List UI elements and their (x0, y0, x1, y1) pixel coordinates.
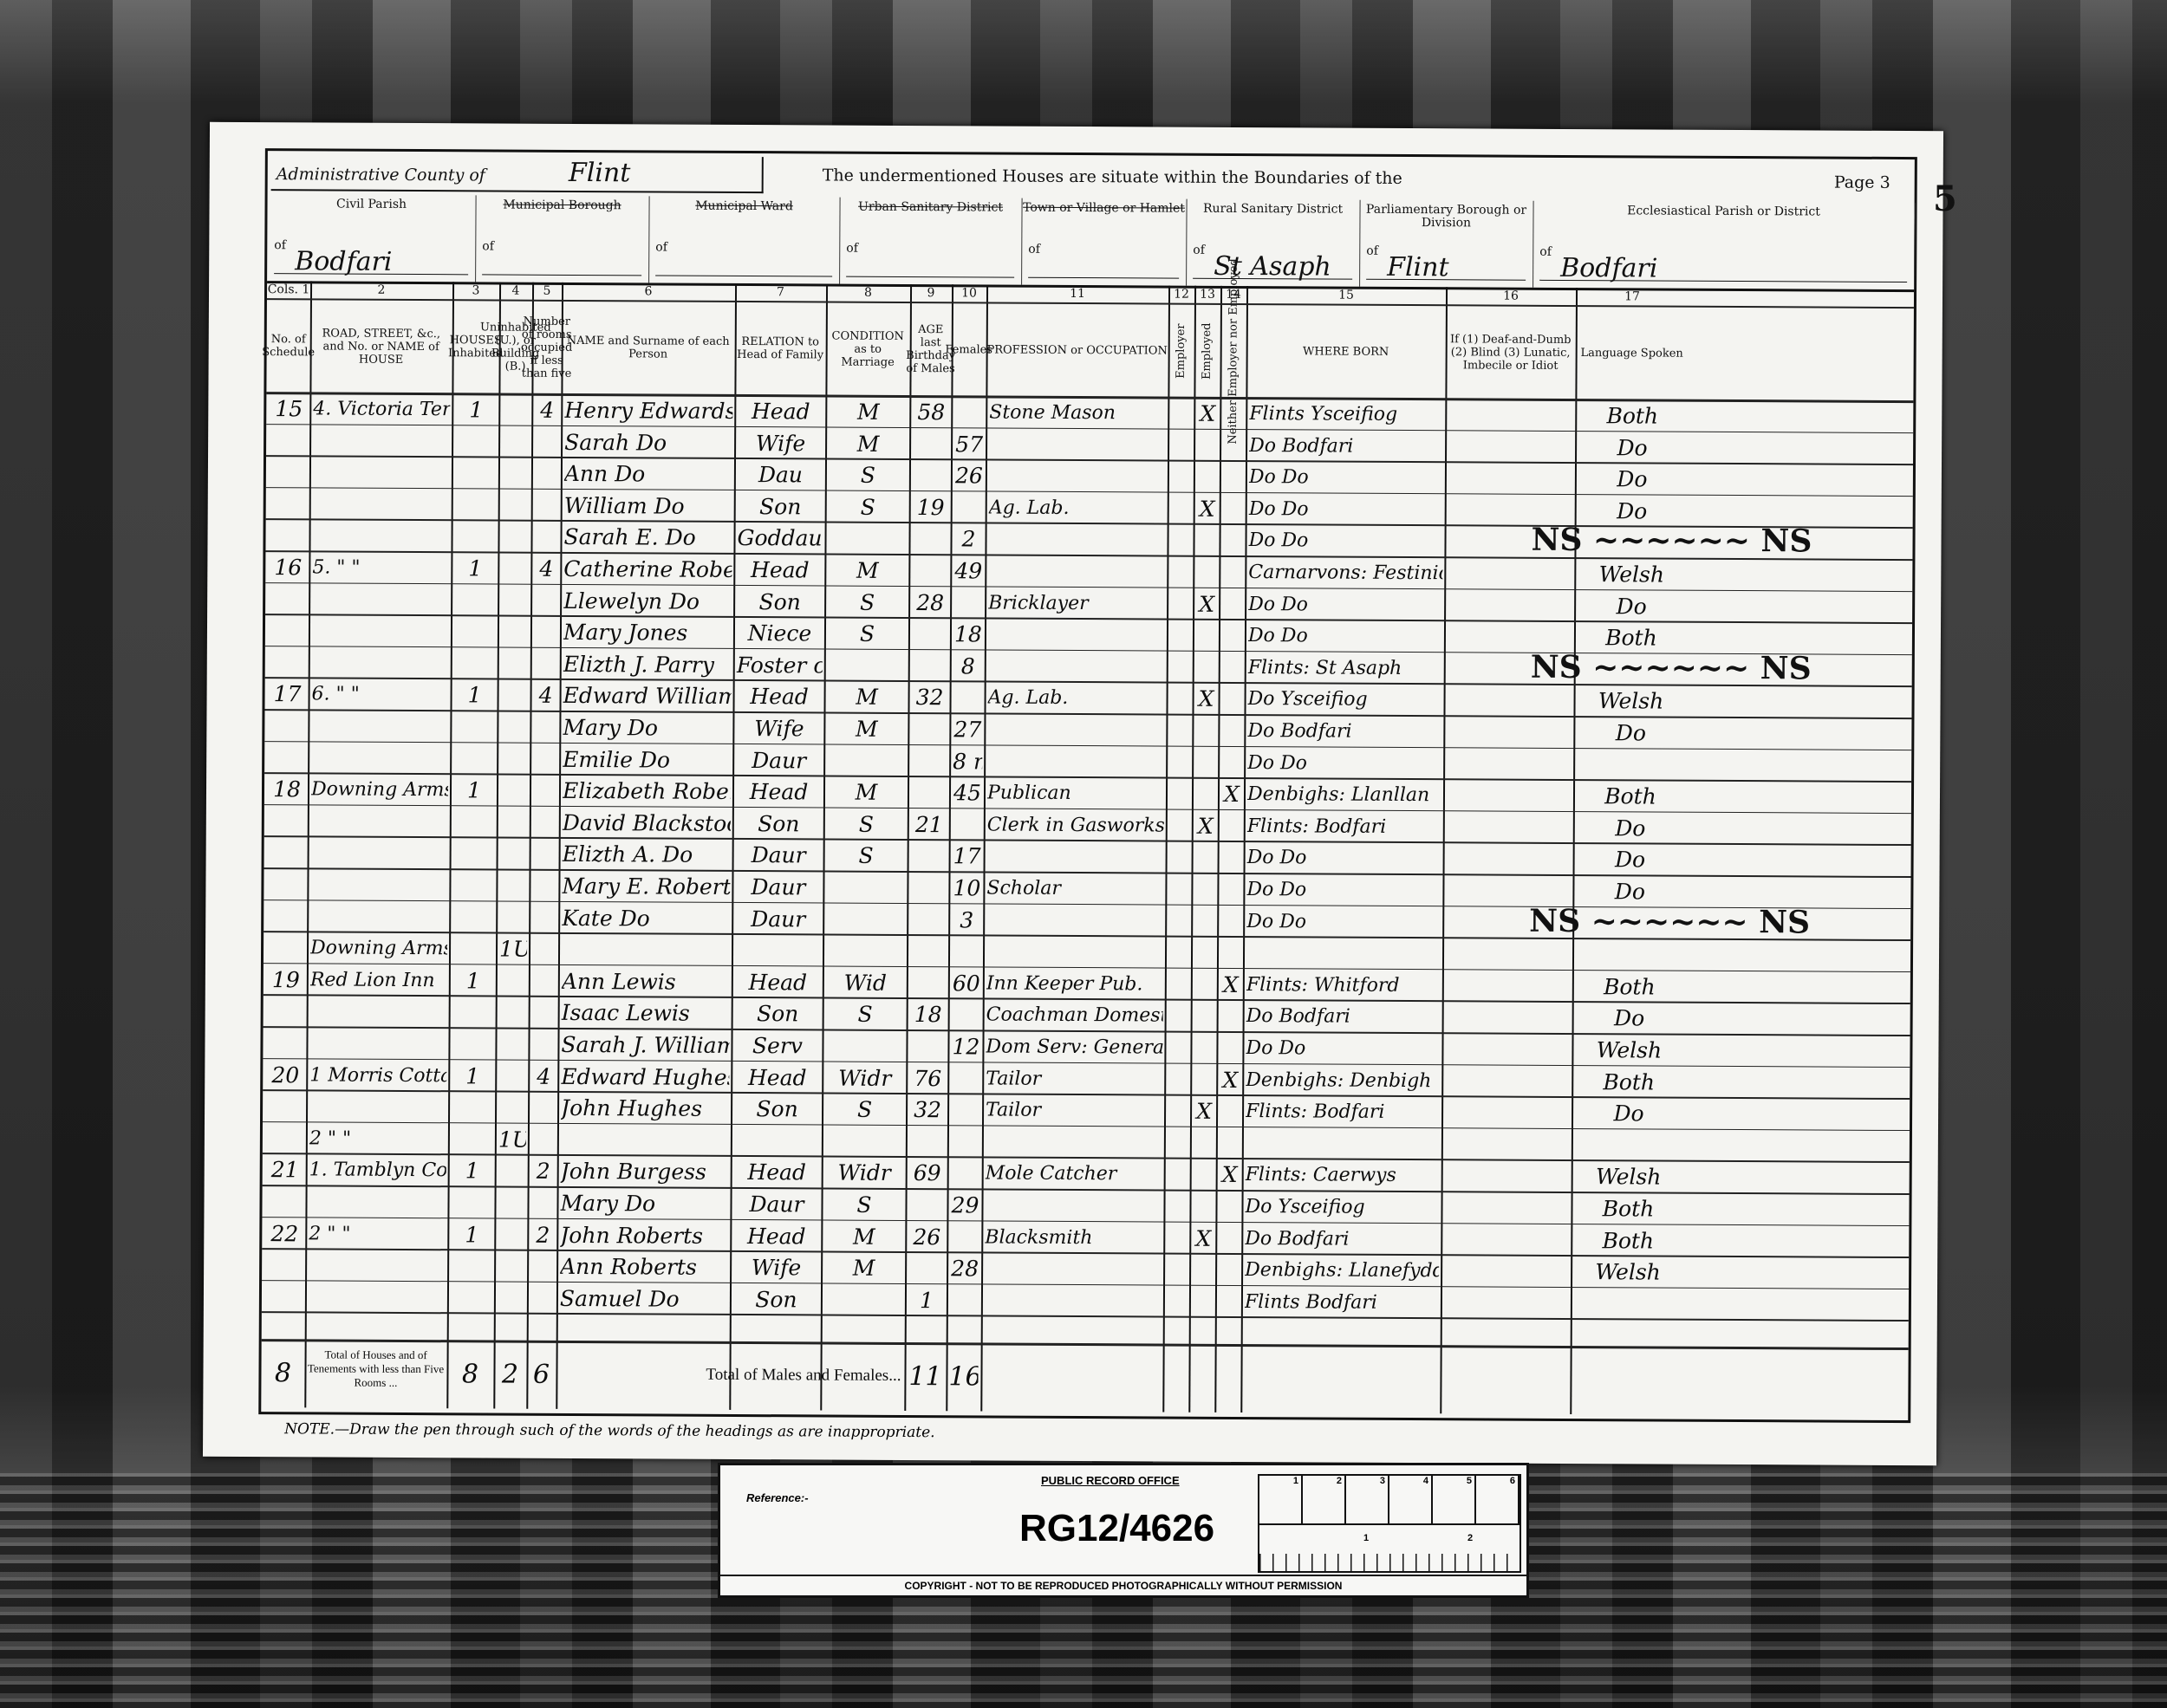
cell-addr: 5. " " (312, 553, 449, 583)
cell-born: Do Bodfari (1247, 717, 1441, 747)
cell-rel: Daur (736, 841, 822, 871)
cell-name: Sarah Do (564, 428, 732, 458)
cell-lang: Do (1578, 433, 1686, 464)
cell-rel: Son (734, 1094, 820, 1125)
cell-occ: Inn Keeper Pub. (986, 969, 1163, 999)
cell-inh: 1 (455, 395, 497, 425)
ns-annotation: NS ~~~~~~ NS (1531, 649, 1812, 687)
cell-cond: S (827, 809, 906, 839)
total-1: Total of Houses and of Tenements with le… (307, 1348, 444, 1391)
cell-rel: Head (734, 1158, 820, 1188)
cell-rel: Wife (738, 429, 823, 459)
cell-m: 76 (909, 1064, 946, 1094)
cell-ed: X (1193, 1224, 1214, 1253)
cell-m: 28 (912, 588, 948, 618)
cell-born: Do Ysceifiog (1247, 685, 1441, 715)
cell-cond: M (828, 556, 907, 586)
cell-name: Edward Williams (563, 681, 731, 711)
column-header: Language Spoken (1575, 305, 1689, 401)
cell-rel: Daur (733, 1190, 819, 1220)
cell-cond: S (828, 620, 907, 649)
cell-name: Sarah E. Do (563, 523, 732, 553)
cell-cond: Wid (826, 968, 905, 997)
public-record-office-label: PUBLIC RECORD OFFICE (1041, 1474, 1180, 1487)
cell-born: Flints Bodfari (1245, 1288, 1439, 1318)
column-number: 10 (952, 284, 986, 302)
cell-f: 27 (953, 715, 982, 744)
ruler-mark: 6 (1476, 1476, 1520, 1523)
cell-f: 45 (953, 778, 982, 808)
cell-cond: M (827, 683, 906, 712)
column-number: 13 (1194, 286, 1220, 303)
column-header: Employer (1168, 303, 1194, 399)
column-number: 9 (910, 284, 952, 302)
cell-rel: Head (737, 555, 823, 586)
area-label: Civil Parish (268, 198, 476, 211)
cell-rel: Son (733, 1285, 819, 1315)
cell-addr: Downing Arms Yard (310, 934, 447, 964)
cell-born: Do Bodfari (1245, 1224, 1439, 1255)
cell-name: William Do (564, 491, 732, 522)
column-header: ROAD, STREET, &c., and No. or NAME of HO… (309, 298, 452, 394)
cell-m: 26 (908, 1223, 945, 1252)
column-header-text: Employer (1175, 323, 1188, 378)
cell-lang: Do (1575, 1099, 1682, 1129)
area-6: Parliamentary Borough or DivisionofFlint (1359, 200, 1534, 288)
cell-f: 8 mo (953, 747, 982, 776)
column-header-text: Language Spoken (1580, 347, 1682, 360)
cell-cond: S (825, 1095, 904, 1125)
cell-m: 58 (913, 398, 949, 427)
cell-name: Mary Do (560, 1189, 728, 1219)
cell-name: Edward Hughes (561, 1062, 729, 1093)
cell-born: Flints: Bodfari (1247, 812, 1441, 842)
cell-lang: Welsh (1574, 1257, 1682, 1288)
cell-rooms: 2 (530, 1220, 555, 1250)
column-number: 6 (562, 283, 735, 301)
cell-rel: Head (734, 1063, 820, 1094)
area-of-line: of (1028, 243, 1179, 279)
cell-cond: S (829, 492, 908, 522)
cell-f: 2 (953, 525, 983, 555)
cell-name: Sarah J. Williams (561, 1030, 729, 1061)
cell-name: John Hughes (561, 1094, 729, 1124)
cell-lang: Welsh (1575, 1036, 1682, 1066)
cell-occ: Scholar (986, 873, 1163, 904)
cell-born: Carnarvons: Festiniog (1248, 558, 1442, 588)
column-number: Cols. 1 (267, 281, 310, 298)
cell-rel: Head (736, 777, 822, 808)
cell-name: Catherine Roberts (563, 555, 732, 585)
cell-born: Do Do (1247, 843, 1441, 873)
cell-name: Llewelyn Do (563, 587, 732, 617)
cell-ed: X (1197, 399, 1218, 429)
cell-occ: Tailor (986, 1096, 1162, 1127)
column-header: Employed (1194, 303, 1220, 399)
area-of-line: of (482, 239, 641, 276)
cell-ed: X (1194, 1097, 1214, 1127)
cell-born: Denbighs: Denbigh (1246, 1066, 1440, 1096)
cell-inh: 1 (452, 1157, 493, 1186)
cell-sched: 19 (267, 965, 305, 995)
area-1: Municipal Boroughof (475, 195, 650, 283)
cell-name: Mary Jones (563, 618, 732, 648)
ns-annotation: NS ~~~~~~ NS (1531, 522, 1812, 560)
cell-lang: Do (1576, 1003, 1683, 1034)
cell-cond: Widr (825, 1063, 904, 1093)
boundary-areas: Civil ParishofBodfariMunicipal Boroughof… (267, 194, 1915, 292)
cell-name: Emilie Do (563, 745, 731, 776)
cell-nei: X (1220, 1065, 1240, 1094)
area-label: Town or Village or Hamlet (1021, 202, 1186, 216)
cell-name: Ann Roberts (560, 1252, 728, 1283)
cell-ed: X (1195, 685, 1216, 714)
cell-rooms: 4 (534, 555, 558, 584)
cell-rooms: 4 (531, 1062, 556, 1091)
column-header-text: WHERE BORN (1303, 345, 1389, 359)
cell-born: Flints: Bodfari (1246, 1097, 1440, 1127)
cell-f: 28 (950, 1254, 979, 1283)
cell-addr: 4. Victoria Ter (313, 394, 450, 425)
ruler-cm-mark: 1 (1363, 1533, 1369, 1543)
area-of-line: ofBodfari (1539, 245, 1907, 283)
cell-rel: Daur (736, 746, 822, 776)
cell-sched: 21 (266, 1156, 304, 1185)
column-header-text: NAME and Surname of each Person (562, 334, 735, 361)
column-header: Neither Employer nor Employed (1220, 303, 1246, 399)
ruler-cm-mark: 2 (1467, 1533, 1473, 1543)
cell-name: Elizth A. Do (563, 840, 731, 870)
cell-inh: 1 (452, 1062, 493, 1091)
cell-uninh: 1U (498, 1125, 526, 1154)
cell-occ: Clerk in Gasworks (987, 810, 1164, 841)
cell-f: 3 (952, 906, 981, 935)
census-page: Administrative County of Flint The under… (203, 122, 1943, 1465)
cell-inh: 1 (453, 681, 495, 711)
cell-nei: X (1221, 780, 1242, 809)
cell-lang: Do (1577, 718, 1684, 749)
ruler-mark: 2 (1303, 1476, 1346, 1523)
area-label: Municipal Ward (649, 199, 840, 213)
cell-cond: S (826, 1000, 905, 1029)
cell-born: Do Do (1249, 495, 1443, 525)
column-header-text: If (1) Deaf-and-Dumb (2) Blind (3) Lunat… (1446, 333, 1576, 373)
column-divider (1162, 286, 1169, 1413)
column-header: Number of rooms occupied if less than fi… (531, 300, 562, 395)
column-number: 11 (986, 284, 1168, 302)
cell-born: Do Ysceifiog (1245, 1192, 1439, 1223)
cell-addr: 2 " " (309, 1219, 446, 1250)
cell-name: Ann Lewis (562, 967, 730, 997)
column-number: 2 (310, 281, 452, 299)
area-5: Rural Sanitary DistrictofSt Asaph (1186, 199, 1361, 287)
ruler-cm: 12 (1259, 1528, 1520, 1571)
cell-born: Do Bodfari (1246, 1002, 1441, 1032)
area-of-line: ofFlint (1366, 244, 1526, 281)
census-form: Administrative County of Flint The under… (258, 148, 1917, 1423)
cell-nei: X (1220, 971, 1241, 1000)
cell-name: John Roberts (560, 1221, 728, 1251)
column-header-text: ROAD, STREET, &c., and No. or NAME of HO… (310, 327, 452, 367)
ruler-mark: 1 (1259, 1476, 1303, 1523)
total-4: 6 (529, 1349, 553, 1401)
column-header-text: PROFESSION or OCCUPATION (986, 343, 1167, 357)
column-number: 8 (826, 284, 910, 302)
area-value: Flint (1387, 252, 1449, 283)
cell-f: 49 (953, 556, 983, 586)
cell-sched: 16 (269, 553, 307, 582)
cell-born: Do Do (1248, 621, 1442, 652)
area-2: Municipal Wardof (648, 196, 841, 283)
cell-name: Kate Do (562, 904, 730, 934)
cell-addr: Downing Arms (311, 776, 448, 806)
column-header: WHERE BORN (1246, 303, 1446, 399)
cell-rel: Wife (733, 1253, 819, 1283)
cell-name: Elizabeth Roberts (563, 776, 731, 807)
area-value: Bodfari (1560, 253, 1657, 284)
cell-name: Elizth J. Parry (563, 650, 732, 680)
cell-born: Denbighs: Llanllan (1247, 780, 1441, 810)
cell-f: 17 (953, 842, 982, 872)
column-header-text: Neither Employer nor Employed (1227, 258, 1240, 444)
cell-uninh: 1U (499, 935, 527, 964)
cell-addr: 6. " " (311, 680, 448, 711)
column-header: PROFESSION or OCCUPATION (986, 302, 1168, 398)
ruler-mark: 5 (1433, 1476, 1476, 1523)
cell-name: Mary Do (563, 713, 731, 744)
column-header: If (1) Deaf-and-Dumb (2) Blind (3) Lunat… (1445, 304, 1576, 400)
cell-born: Flints Ysceifiog (1249, 399, 1443, 430)
cell-name: Henry Edwards (564, 396, 732, 426)
column-number: 16 (1446, 287, 1576, 305)
cell-lang: Both (1578, 401, 1686, 432)
reference-slip: Reference:- PUBLIC RECORD OFFICE RG12/46… (718, 1463, 1529, 1598)
cell-sched: 22 (265, 1219, 303, 1249)
total-0: 8 (264, 1348, 302, 1400)
area-of-line: ofBodfari (274, 238, 468, 275)
cell-rel: Wife (736, 714, 822, 744)
cell-born: Denbighs: Llanefydd (1245, 1256, 1439, 1286)
cell-m: 21 (911, 810, 947, 840)
cell-sched: 20 (266, 1061, 304, 1090)
cell-sched: 18 (268, 775, 306, 804)
cell-cond: S (829, 461, 908, 490)
cell-occ: Ag. Lab. (987, 684, 1164, 714)
cell-rooms: 2 (531, 1157, 556, 1186)
cell-born: Do Do (1246, 1034, 1440, 1064)
cell-lang: Welsh (1578, 560, 1685, 590)
cell-nei: X (1220, 1160, 1240, 1190)
cell-rel: Head (733, 1222, 819, 1252)
total-persons-label: Total of Males and Females... (608, 1361, 901, 1392)
area-of-line: of (655, 240, 832, 276)
cell-ed: X (1195, 812, 1216, 841)
cell-rel: Serv (734, 1031, 820, 1062)
cell-lang: Do (1578, 592, 1685, 622)
cell-cond: M (827, 715, 906, 744)
cell-cond: M (827, 778, 906, 808)
area-label: Municipal Borough (476, 198, 649, 212)
cell-f: 10 (952, 873, 981, 903)
cell-cond: M (824, 1254, 903, 1283)
total-3: 2 (496, 1349, 524, 1401)
cell-m: 32 (909, 1095, 946, 1125)
cell-lang: Both (1576, 972, 1683, 1003)
cell-rel: Daur (735, 873, 821, 903)
form-note: NOTE.—Draw the pen through such of the w… (284, 1420, 935, 1441)
cell-lang: Welsh (1577, 686, 1684, 717)
cell-rel: Foster child (737, 651, 823, 681)
area-4: Town or Village or Hamletof (1021, 198, 1188, 286)
cell-born: Flints: Caerwys (1246, 1160, 1440, 1191)
cell-lang: Do (1577, 845, 1684, 875)
situate-text: The undermentioned Houses are situate wi… (823, 166, 1402, 188)
cell-m: 1 (908, 1286, 945, 1315)
cell-cond: Widr (825, 1159, 904, 1188)
cell-born: Flints: St Asaph (1248, 653, 1442, 684)
cell-addr: Red Lion Inn (310, 965, 447, 996)
cell-lang: Both (1574, 1194, 1682, 1224)
administrative-county-value: Flint (569, 158, 631, 188)
cell-ed: X (1197, 495, 1218, 524)
cell-rel: Son (735, 999, 821, 1029)
ns-annotation: NS ~~~~~~ NS (1529, 902, 1810, 940)
area-label: Rural Sanitary District (1186, 203, 1359, 217)
column-number: 12 (1168, 286, 1194, 303)
administrative-county-label: Administrative County of (277, 165, 485, 185)
cell-rel: Goddaur (737, 523, 823, 554)
area-label: Urban Sanitary District (840, 201, 1022, 215)
area-of-line: of (846, 242, 1014, 278)
ruler-mark: 4 (1389, 1476, 1433, 1523)
cell-rel: Son (738, 492, 823, 523)
cell-f: 60 (952, 969, 981, 998)
reference-label: Reference:- (746, 1491, 809, 1504)
cell-m: 18 (910, 1000, 947, 1029)
cell-born: Flints: Whitford (1246, 971, 1441, 1001)
cell-f: 12 (951, 1032, 980, 1062)
cell-name: Samuel Do (560, 1284, 728, 1315)
cell-born: Do Bodfari (1249, 432, 1443, 462)
cell-rel: Head (736, 682, 822, 712)
cell-f: 18 (953, 620, 983, 649)
column-header: NAME and Surname of each Person (561, 300, 735, 396)
cell-m: 69 (909, 1159, 946, 1188)
cell-born: Do Do (1248, 526, 1442, 556)
cell-rel: Son (736, 809, 822, 840)
column-header-text: No. of Schedule (262, 333, 315, 359)
column-divider (1214, 286, 1221, 1413)
cell-name: David Blackstock (563, 809, 731, 839)
total-9: 16 (948, 1352, 978, 1404)
area-3: Urban Sanitary Districtof (839, 198, 1023, 285)
cell-f: 57 (954, 430, 984, 459)
area-label: Ecclesiastical Parish or District (1533, 205, 1914, 219)
column-header-text: RELATION to Head of Family (735, 335, 826, 362)
cell-born: Do Do (1246, 875, 1441, 906)
cell-occ: Dom Serv: General (986, 1032, 1162, 1062)
copyright-notice: COPYRIGHT - NOT TO BE REPRODUCED PHOTOGR… (720, 1575, 1526, 1592)
cell-born: Do Do (1246, 907, 1441, 938)
column-header: No. of Schedule (266, 298, 310, 393)
cell-occ: Bricklayer (988, 588, 1165, 619)
reference-code: RG12/4626 (1019, 1507, 1214, 1550)
cell-m: 32 (911, 683, 947, 712)
cell-occ: Stone Mason (989, 398, 1166, 428)
cell-cond: M (829, 398, 908, 427)
cell-ed: X (1196, 589, 1217, 619)
cell-inh: 1 (454, 554, 496, 583)
cell-cond: S (828, 588, 907, 617)
cell-occ: Ag. Lab. (989, 493, 1166, 523)
column-header: CONDITION as to Marriage (825, 301, 910, 397)
cell-f: 29 (950, 1191, 979, 1220)
area-label: Parliamentary Borough or Division (1359, 204, 1533, 231)
cell-rel: Daur (735, 905, 821, 935)
cell-lang: Both (1574, 1226, 1682, 1257)
cell-rel: Head (738, 397, 823, 427)
cell-lang: Both (1575, 1068, 1682, 1098)
cell-rel: Niece (737, 619, 823, 649)
cell-rooms: 4 (533, 681, 557, 711)
cell-addr: 1. Tamblyn Cottage (309, 1156, 446, 1186)
cell-rel: Dau (738, 460, 823, 490)
cell-addr: 2 " " (309, 1124, 446, 1154)
cell-lang: Welsh (1575, 1162, 1682, 1192)
schedule-table: Cols. 1No. of Schedule2ROAD, STREET, &c.… (261, 281, 1914, 1416)
cell-f: 8 (953, 652, 983, 681)
cell-born: Do Do (1249, 463, 1443, 493)
cell-name: John Burgess (561, 1157, 729, 1187)
ruler-inches: 123456 (1259, 1476, 1520, 1525)
cell-inh: 1 (453, 776, 495, 805)
column-number: 15 (1246, 286, 1446, 304)
cell-lang: Do (1578, 464, 1686, 495)
folio-number: 5 (1933, 179, 1957, 219)
cell-cond: M (829, 429, 908, 458)
cell-born: Do Do (1248, 590, 1442, 620)
ruler-mark: 3 (1346, 1476, 1389, 1523)
cell-lang: Do (1577, 814, 1684, 844)
area-value: Bodfari (295, 246, 392, 277)
cell-cond: S (824, 1191, 903, 1220)
cell-born: Do Do (1247, 749, 1441, 779)
administrative-county: Administrative County of Flint (271, 154, 764, 193)
cell-inh: 1 (452, 966, 494, 996)
total-2: 8 (449, 1349, 491, 1401)
column-number: 5 (532, 283, 562, 300)
page-number: Page 3 (1834, 173, 1890, 192)
cell-occ: Coachman Domestic Groom (986, 1001, 1163, 1031)
cell-rooms: 4 (535, 396, 559, 425)
cell-occ: Mole Catcher (986, 1159, 1162, 1190)
area-0: Civil ParishofBodfari (267, 194, 477, 282)
column-header: Females (951, 302, 986, 397)
cell-m: 19 (913, 493, 949, 523)
cell-rel: Son (737, 588, 823, 618)
column-number: 4 (499, 283, 532, 300)
cell-cond: S (827, 841, 906, 871)
cell-cond: M (824, 1222, 903, 1251)
area-7: Ecclesiastical Parish or DistrictofBodfa… (1533, 201, 1916, 289)
cell-rel: Head (735, 968, 821, 998)
cell-lang: Both (1577, 782, 1684, 812)
column-number: 3 (452, 282, 499, 299)
column-number: 7 (735, 283, 826, 302)
column-header-text: CONDITION as to Marriage (826, 329, 910, 369)
cell-name: Ann Do (564, 459, 732, 490)
cell-addr: 1 Morris Cottages (309, 1061, 446, 1091)
